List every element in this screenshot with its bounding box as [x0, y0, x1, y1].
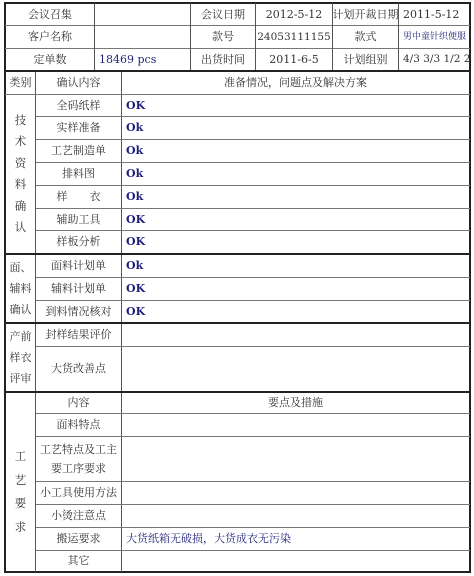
divider: [5, 25, 470, 26]
item-label-handling-requirements: 搬运要求: [36, 528, 121, 550]
category-char: 求: [15, 522, 27, 534]
item-label-marker: 排料图: [36, 163, 121, 185]
category-line: 面、: [10, 262, 32, 273]
value-order-quantity[interactable]: 18469 pcs: [95, 49, 190, 70]
value-meeting-convener[interactable]: [95, 4, 190, 25]
item-label-fabric-features: 面料特点: [36, 414, 121, 436]
item-value-ironing-notes[interactable]: [122, 505, 469, 527]
category-line: 评审: [10, 373, 32, 384]
divider: [94, 3, 95, 70]
item-label-trims-plan: 辅料计划单: [36, 278, 121, 300]
item-label-bulk-improvements: 大货改善点: [36, 347, 121, 391]
item-value-process-sheet[interactable]: Ok: [122, 140, 469, 162]
category-tech-docs: 技 术 资 料 确 认: [6, 95, 35, 253]
category-char: 资: [15, 158, 27, 170]
item-label-sample-prep: 实样准备: [36, 117, 121, 139]
item-value-sample-prep[interactable]: Ok: [122, 117, 469, 139]
col-header-preparation: 准备情况，问题点及解决方案: [122, 72, 469, 94]
item-label-small-tools-usage: 小工具使用方法: [36, 482, 121, 504]
item-label-ironing-notes: 小烫注意点: [36, 505, 121, 527]
item-value-small-tools-usage[interactable]: [122, 482, 469, 504]
label-order-quantity: 定单数: [6, 49, 94, 70]
value-ship-date[interactable]: 2011-6-5: [256, 49, 332, 70]
category-line: 辅料: [10, 283, 32, 294]
category-pre-production-sample-review: 产前 样衣 评审: [6, 324, 35, 391]
divider: [190, 3, 191, 70]
category-char: 工: [15, 451, 27, 463]
value-meeting-date[interactable]: 2012-5-12: [256, 4, 332, 25]
category-char: 技: [15, 115, 27, 127]
divider: [398, 3, 399, 70]
item-label-pattern-analysis: 样板分析: [36, 231, 121, 253]
item-value-bulk-improvements[interactable]: [122, 347, 469, 391]
label-style-number: 款号: [191, 26, 255, 48]
item-label-line: 要工序要求: [51, 463, 106, 474]
label-style: 款式: [333, 26, 398, 48]
divider: [5, 48, 470, 49]
item-value-aux-tools[interactable]: OK: [122, 209, 469, 230]
category-char: 认: [15, 222, 27, 234]
item-label-process-features: 工艺特点及工主 要工序要求: [36, 437, 121, 481]
category-char: 艺: [15, 475, 27, 487]
label-meeting-date: 会议日期: [191, 4, 255, 25]
item-label-fabric-plan: 面料计划单: [36, 255, 121, 277]
item-label-seal-sample-evaluation: 封样结果评价: [36, 324, 121, 346]
item-label-other: 其它: [36, 551, 121, 571]
item-label-aux-tools: 辅助工具: [36, 209, 121, 230]
item-label-process-sheet: 工艺制造单: [36, 140, 121, 162]
item-value-marker[interactable]: Ok: [122, 163, 469, 185]
item-value-fabric-features[interactable]: [122, 414, 469, 436]
item-value-seal-sample-evaluation[interactable]: [122, 324, 469, 346]
category-fabric-trims: 面、 辅料 确认: [6, 255, 35, 322]
item-value-fabric-plan[interactable]: Ok: [122, 255, 469, 277]
category-char: 确: [15, 201, 27, 213]
subheader-content: 内容: [36, 393, 121, 413]
divider: [255, 3, 256, 70]
category-char: 料: [15, 179, 27, 191]
category-char: 术: [15, 136, 27, 148]
item-value-handling-requirements[interactable]: 大货纸箱无破损，大货成衣无污染: [122, 528, 469, 550]
item-label-material-arrival-check: 到料情况核对: [36, 301, 121, 322]
label-ship-date: 出货时间: [191, 49, 255, 70]
label-planned-cutting-date: 计划开裁日期: [333, 4, 398, 25]
divider: [332, 3, 333, 70]
label-planned-group: 计划组别: [333, 49, 398, 70]
category-line: 确认: [10, 304, 32, 315]
item-label-full-size-pattern: 全码纸样: [36, 95, 121, 116]
value-style[interactable]: 男中童针织便服: [399, 26, 469, 48]
col-header-category: 类别: [6, 72, 35, 94]
category-line: 样衣: [10, 352, 32, 363]
subheader-key-points: 要点及措施: [122, 393, 469, 413]
item-value-process-features[interactable]: [122, 437, 469, 481]
category-craft-requirements: 工 艺 要 求: [6, 413, 35, 571]
category-line: 产前: [10, 331, 32, 342]
value-style-number[interactable]: 24053111155: [256, 26, 332, 48]
item-label-line: 工艺特点及工主: [40, 444, 117, 455]
item-label-sample-garment: 样 衣: [36, 186, 121, 208]
value-planned-group[interactable]: 4/3 3/3 1/2 2/2: [399, 49, 469, 70]
category-char: 要: [15, 498, 27, 510]
item-value-trims-plan[interactable]: OK: [122, 278, 469, 300]
col-header-confirm-content: 确认内容: [36, 72, 121, 94]
item-value-material-arrival-check[interactable]: OK: [122, 301, 469, 322]
label-meeting-convener: 会议召集: [6, 4, 94, 25]
item-value-sample-garment[interactable]: Ok: [122, 186, 469, 208]
value-planned-cutting-date[interactable]: 2011-5-12: [399, 4, 469, 25]
label-customer-name: 客户名称: [6, 26, 94, 48]
item-value-full-size-pattern[interactable]: OK: [122, 95, 469, 116]
item-value-other[interactable]: [122, 551, 469, 571]
value-customer-name[interactable]: [95, 26, 190, 48]
item-value-pattern-analysis[interactable]: OK: [122, 231, 469, 253]
